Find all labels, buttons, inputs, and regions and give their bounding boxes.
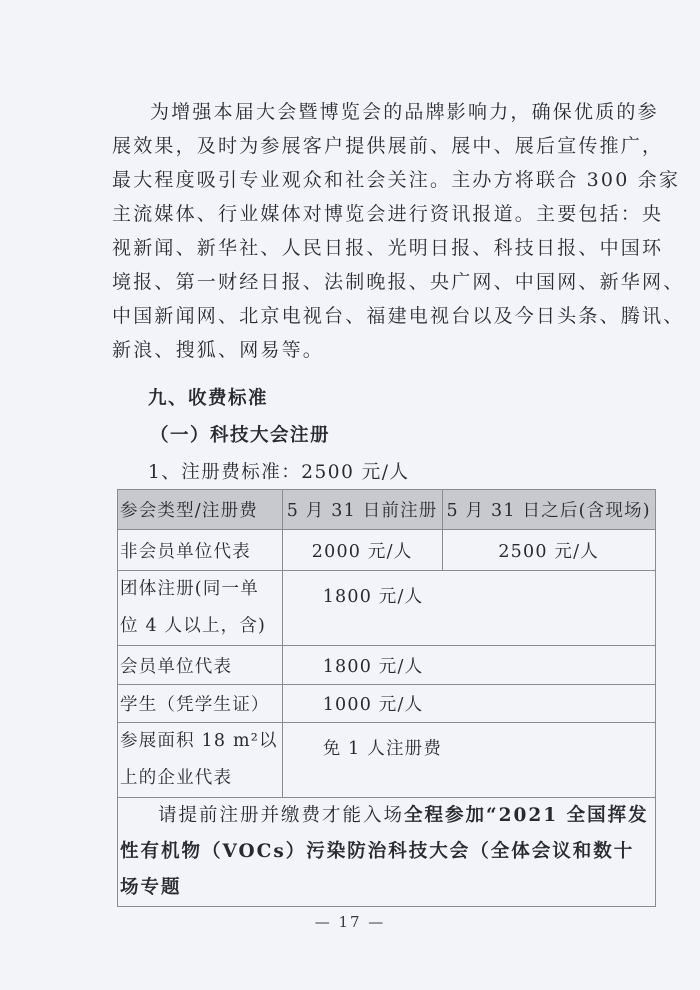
paragraph-line: 为增强本届大会暨博览会的品牌影响力，确保优质的参: [112, 95, 612, 129]
paragraph-line: 展效果，及时为参展客户提供展前、展中、展后宣传推广，: [112, 129, 612, 163]
table-row: 参展面积 18 m²以 上的企业代表 免 1 人注册费: [118, 723, 656, 798]
fee-standard: 1、注册费标准：2500 元/人: [148, 458, 409, 484]
type-line: 上的企业代表: [120, 760, 278, 797]
type-cell: 参展面积 18 m²以 上的企业代表: [118, 723, 283, 798]
type-cell: 非会员单位代表: [118, 530, 283, 571]
subsection-heading: （一）科技大会注册: [150, 421, 330, 447]
document-page: 为增强本届大会暨博览会的品牌影响力，确保优质的参 展效果，及时为参展客户提供展前…: [0, 0, 700, 990]
media-promotion-paragraph: 为增强本届大会暨博览会的品牌影响力，确保优质的参 展效果，及时为参展客户提供展前…: [112, 95, 612, 367]
table-note-row: 请提前注册并缴费才能入场全程参加“2021 全国挥发性有机物（VOCs）污染防治…: [118, 798, 656, 907]
paragraph-line: 最大程度吸引专业观众和社会关注。主办方将联合 300 余家: [112, 163, 612, 197]
registration-fee-table: 参会类型/注册费 5 月 31 日前注册 5 月 31 日之后(含现场) 非会员…: [117, 489, 656, 907]
fee-cell-after: 2500 元/人: [442, 530, 655, 571]
paragraph-line: 境报、第一财经日报、法制晚报、央广网、中国网、新华网、: [112, 265, 612, 299]
header-cell-type: 参会类型/注册费: [118, 490, 283, 530]
type-cell: 团体注册(同一单 位 4 人以上，含): [118, 571, 283, 646]
paragraph-line: 新浪、搜狐、网易等。: [112, 333, 612, 367]
table-row: 非会员单位代表 2000 元/人 2500 元/人: [118, 530, 656, 571]
paragraph-line: 视新闻、新华社、人民日报、光明日报、科技日报、中国环: [112, 231, 612, 265]
type-line: 位 4 人以上，含): [120, 608, 278, 645]
table-row: 学生（凭学生证） 1000 元/人: [118, 685, 656, 723]
fee-cell: 1800 元/人: [282, 646, 655, 685]
fee-cell: 1800 元/人: [282, 571, 655, 646]
table-header-row: 参会类型/注册费 5 月 31 日前注册 5 月 31 日之后(含现场): [118, 490, 656, 530]
fee-cell: 1000 元/人: [282, 685, 655, 723]
type-line: 团体注册(同一单: [120, 571, 278, 608]
table-row: 团体注册(同一单 位 4 人以上，含) 1800 元/人: [118, 571, 656, 646]
note-normal-text: 请提前注册并缴费才能入场: [120, 805, 404, 826]
page-number: — 17 —: [0, 913, 700, 931]
section-heading: 九、收费标准: [148, 384, 268, 410]
fee-cell: 免 1 人注册费: [282, 723, 655, 798]
type-line: 参展面积 18 m²以: [120, 723, 278, 760]
type-cell: 学生（凭学生证）: [118, 685, 283, 723]
header-cell-before: 5 月 31 日前注册: [282, 490, 442, 530]
paragraph-line: 中国新闻网、北京电视台、福建电视台以及今日头条、腾讯、: [112, 299, 612, 333]
header-cell-after: 5 月 31 日之后(含现场): [442, 490, 655, 530]
paragraph-line: 主流媒体、行业媒体对博览会进行资讯报道。主要包括：央: [112, 197, 612, 231]
registration-note: 请提前注册并缴费才能入场全程参加“2021 全国挥发性有机物（VOCs）污染防治…: [118, 798, 656, 907]
fee-cell-before: 2000 元/人: [282, 530, 442, 571]
type-cell: 会员单位代表: [118, 646, 283, 685]
table-row: 会员单位代表 1800 元/人: [118, 646, 656, 685]
